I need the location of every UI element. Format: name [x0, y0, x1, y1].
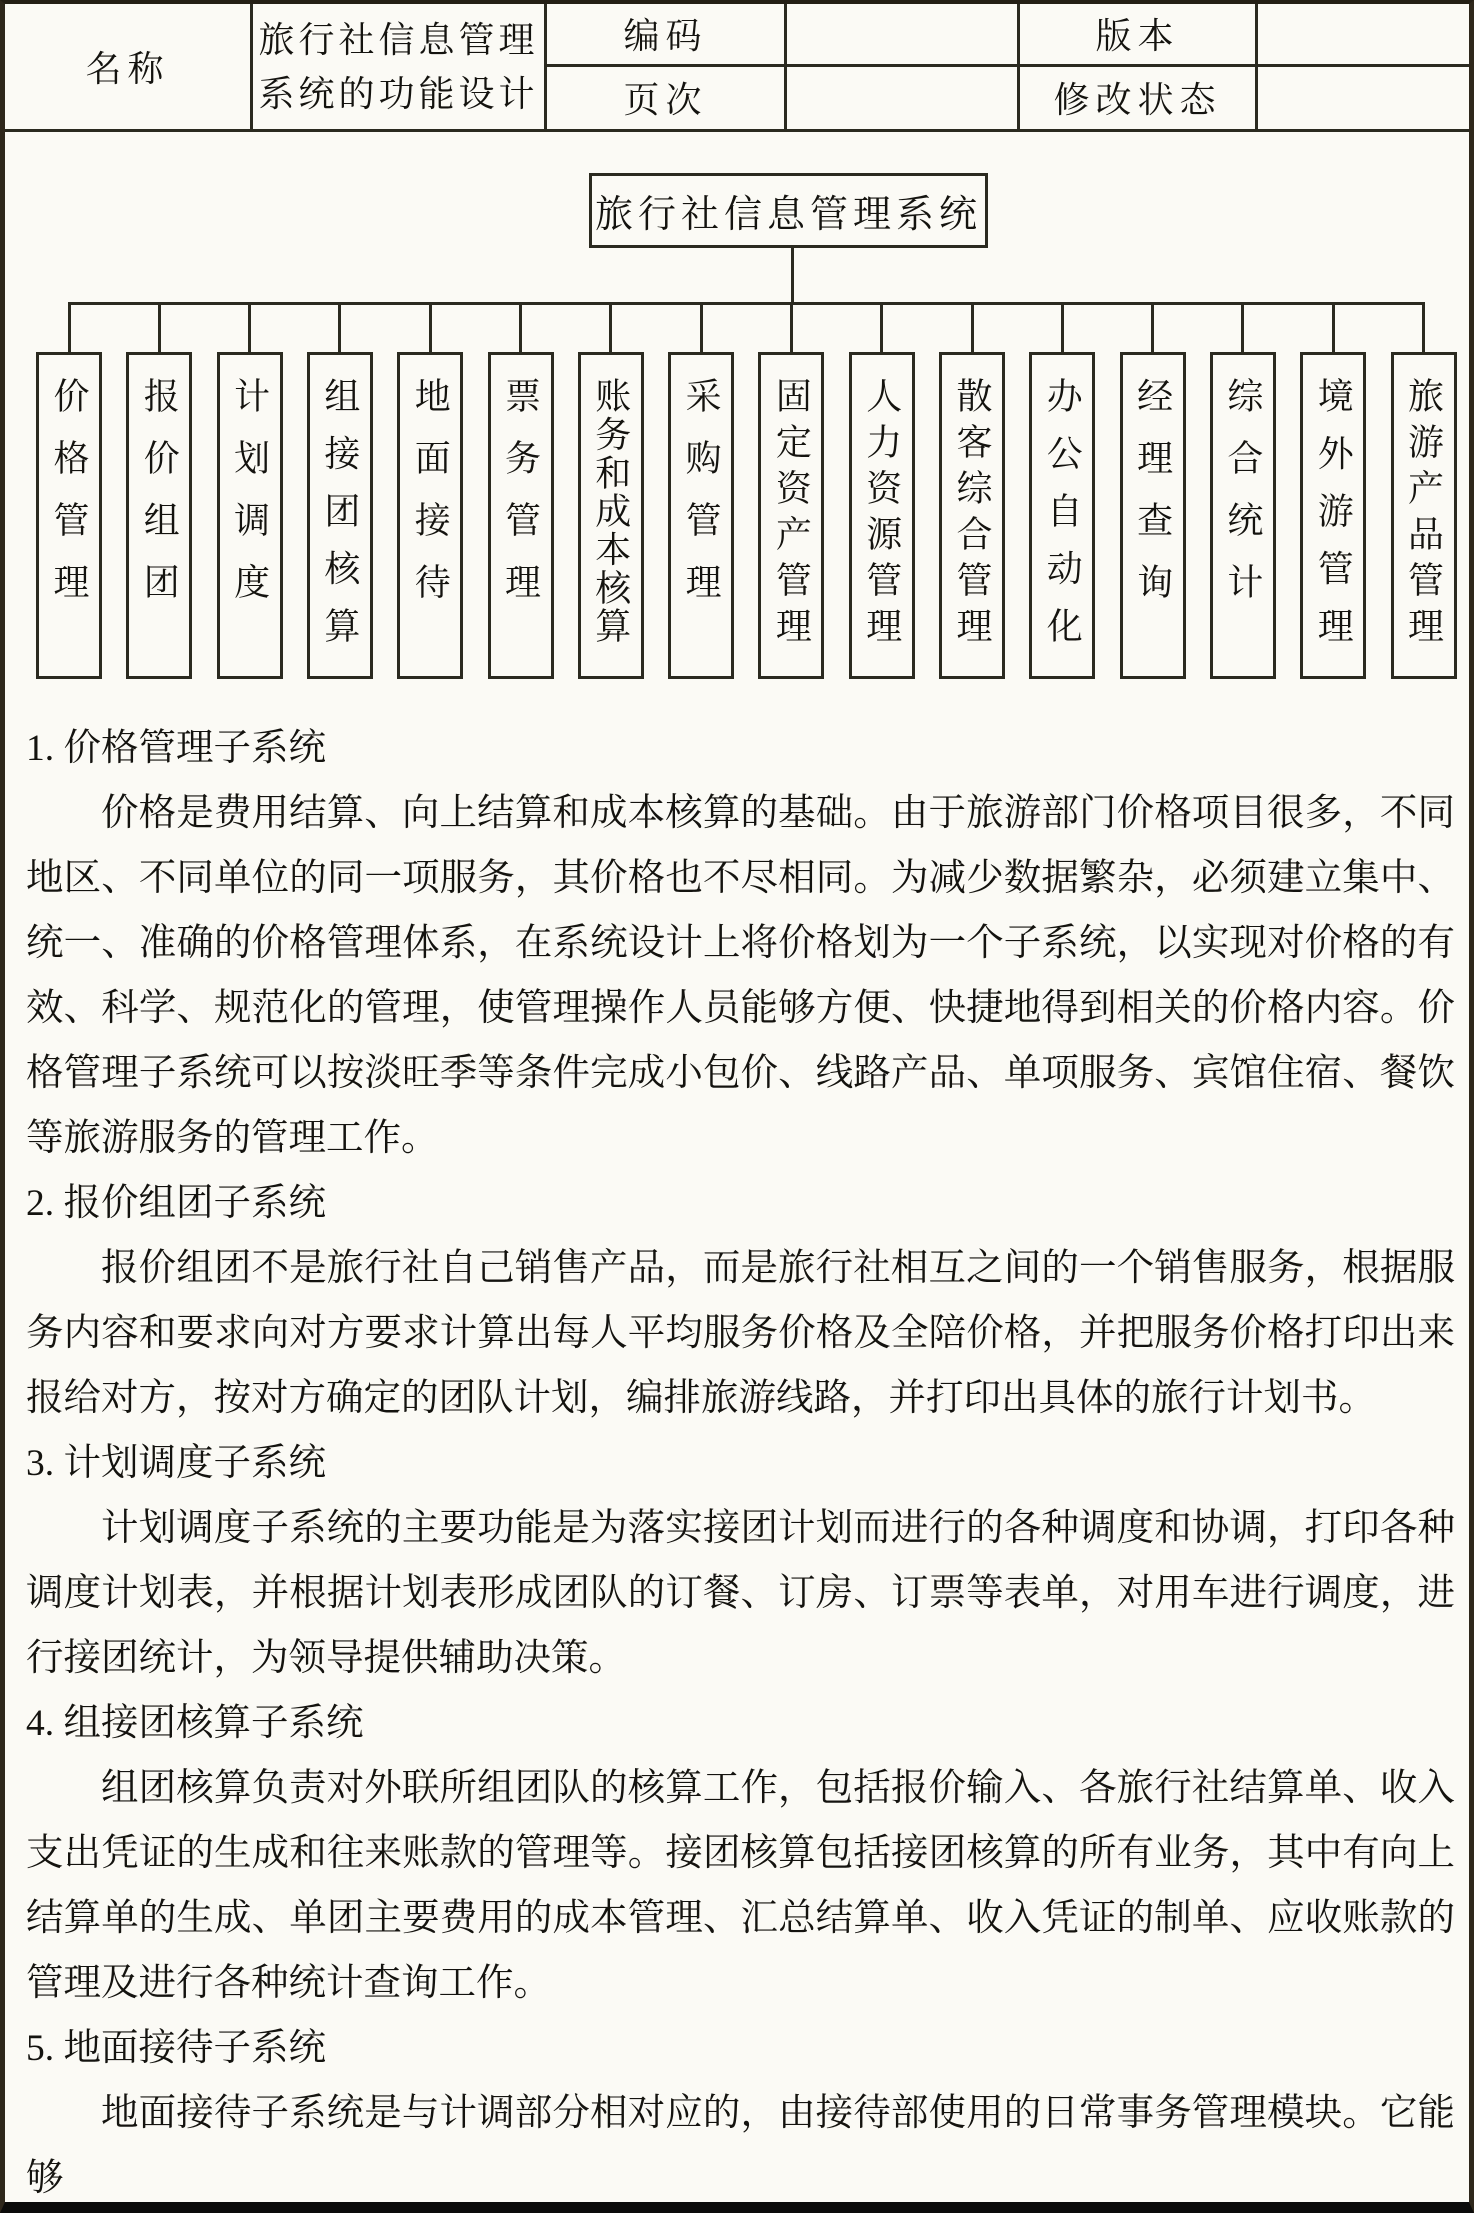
org-chart-child-label: 人力资源管理 — [849, 355, 915, 653]
section-heading: 3. 计划调度子系统 — [26, 1431, 1455, 1496]
org-chart-child-label: 旅游产品管理 — [1391, 355, 1457, 653]
org-chart-child-box: 人力资源管理 — [849, 352, 915, 679]
section-heading: 2. 报价组团子系统 — [26, 1171, 1455, 1236]
section-4: 4. 组接团核算子系统 组团核算负责对外联所组团队的核算工作，包括报价输入、各旅… — [26, 1691, 1455, 2016]
org-chart-child-label: 散客综合管理 — [939, 355, 1005, 653]
org-chart-child-label: 综合统计 — [1210, 355, 1276, 625]
org-chart-child-box: 地面接待 — [397, 352, 463, 679]
section-3: 3. 计划调度子系统 计划调度子系统的主要功能是为落实接团计划而进行的各种调度和… — [26, 1431, 1455, 1691]
org-chart-child-label: 组接团核算 — [307, 355, 373, 665]
org-chart-child-box: 采购管理 — [668, 352, 734, 679]
org-chart-child-box: 固定资产管理 — [758, 352, 824, 679]
page-number-label-cell: 页次 — [544, 67, 784, 130]
header-table: 名称 旅行社信息管理 系统的功能设计 编码 版本 页次 修改状态 — [5, 4, 1469, 132]
org-chart-child-label: 采购管理 — [668, 355, 734, 625]
mod-state-value-cell — [1255, 67, 1469, 130]
org-chart-child-box: 报价组团 — [126, 352, 192, 679]
org-chart-child-box: 票务管理 — [488, 352, 554, 679]
name-label-cell: 名称 — [5, 4, 250, 129]
child-connector-stub — [1061, 302, 1064, 355]
org-chart-child-box: 账务和成本核算 — [578, 352, 644, 679]
child-connector-stub — [1151, 302, 1154, 355]
section-heading: 4. 组接团核算子系统 — [26, 1691, 1455, 1756]
org-chart-child-box: 办公自动化 — [1029, 352, 1095, 679]
mod-state-label-cell: 修改状态 — [1017, 67, 1255, 130]
child-connector-stub — [248, 302, 251, 355]
org-chart-child-label: 办公自动化 — [1029, 355, 1095, 665]
document-title-line2: 系统的功能设计 — [258, 67, 538, 121]
child-connector-stub — [1241, 302, 1244, 355]
section-heading: 1. 价格管理子系统 — [26, 716, 1455, 781]
section-body: 报价组团不是旅行社自己销售产品，而是旅行社相互之间的一个销售服务，根据服务内容和… — [26, 1236, 1455, 1431]
child-connector-stub — [971, 302, 974, 355]
org-chart-child-label: 价格管理 — [36, 355, 102, 625]
section-body: 地面接待子系统是与计调部分相对应的，由接待部使用的日常事务管理模块。它能够 — [26, 2081, 1455, 2211]
org-chart-child-label: 境外游管理 — [1300, 355, 1366, 665]
child-connector-stub — [429, 302, 432, 355]
org-chart-child-label: 经理查询 — [1120, 355, 1186, 625]
child-connector-stub — [1332, 302, 1335, 355]
org-chart-root-box: 旅行社信息管理系统 — [589, 173, 988, 248]
document-title-cell: 旅行社信息管理 系统的功能设计 — [250, 4, 544, 129]
org-chart-child-label: 票务管理 — [488, 355, 554, 625]
child-connector-stub — [880, 302, 883, 355]
section-2: 2. 报价组团子系统 报价组团不是旅行社自己销售产品，而是旅行社相互之间的一个销… — [26, 1171, 1455, 1431]
section-heading: 5. 地面接待子系统 — [26, 2016, 1455, 2081]
document-page: 名称 旅行社信息管理 系统的功能设计 编码 版本 页次 修改状态 旅行社信息管理… — [0, 0, 1474, 2213]
org-chart-child-box: 计划调度 — [217, 352, 283, 679]
org-chart-child-box: 旅游产品管理 — [1391, 352, 1457, 679]
code-value-cell — [784, 4, 1017, 67]
child-connector-stub — [790, 302, 793, 355]
page-number-value-cell — [784, 67, 1017, 130]
connector-bus-line — [68, 302, 1425, 305]
child-connector-stub — [609, 302, 612, 355]
section-1: 1. 价格管理子系统 价格是费用结算、向上结算和成本核算的基础。由于旅游部门价格… — [26, 716, 1455, 1171]
org-chart-child-box: 经理查询 — [1120, 352, 1186, 679]
org-chart-child-label: 报价组团 — [126, 355, 192, 625]
child-connector-stub — [158, 302, 161, 355]
section-body: 组团核算负责对外联所组团队的核算工作，包括报价输入、各旅行社结算单、收入支出凭证… — [26, 1756, 1455, 2016]
org-chart: 旅行社信息管理系统 价格管理 报价组团 计划调度 组接团核算 地面接待 票务管理… — [5, 132, 1474, 724]
child-connector-stub — [519, 302, 522, 355]
code-label-cell: 编码 — [544, 4, 784, 67]
org-chart-child-box: 综合统计 — [1210, 352, 1276, 679]
org-chart-child-box: 价格管理 — [36, 352, 102, 679]
child-connector-stub — [700, 302, 703, 355]
section-body: 价格是费用结算、向上结算和成本核算的基础。由于旅游部门价格项目很多，不同地区、不… — [26, 781, 1455, 1171]
child-connector-stub — [338, 302, 341, 355]
org-chart-child-label: 账务和成本核算 — [578, 355, 644, 645]
version-label-cell: 版本 — [1017, 4, 1255, 67]
org-chart-child-box: 组接团核算 — [307, 352, 373, 679]
org-chart-child-box: 散客综合管理 — [939, 352, 1005, 679]
org-chart-child-label: 地面接待 — [397, 355, 463, 625]
sections: 1. 价格管理子系统 价格是费用结算、向上结算和成本核算的基础。由于旅游部门价格… — [26, 716, 1455, 2211]
document-title-line1: 旅行社信息管理 — [258, 13, 538, 67]
child-connector-stub — [1422, 302, 1425, 355]
section-body: 计划调度子系统的主要功能是为落实接团计划而进行的各种调度和协调，打印各种调度计划… — [26, 1496, 1455, 1691]
org-chart-child-box: 境外游管理 — [1300, 352, 1366, 679]
version-value-cell — [1255, 4, 1469, 67]
root-connector-line — [791, 248, 794, 305]
org-chart-child-label: 计划调度 — [217, 355, 283, 625]
org-chart-child-label: 固定资产管理 — [758, 355, 824, 653]
section-5: 5. 地面接待子系统 地面接待子系统是与计调部分相对应的，由接待部使用的日常事务… — [26, 2016, 1455, 2211]
child-connector-stub — [68, 302, 71, 355]
